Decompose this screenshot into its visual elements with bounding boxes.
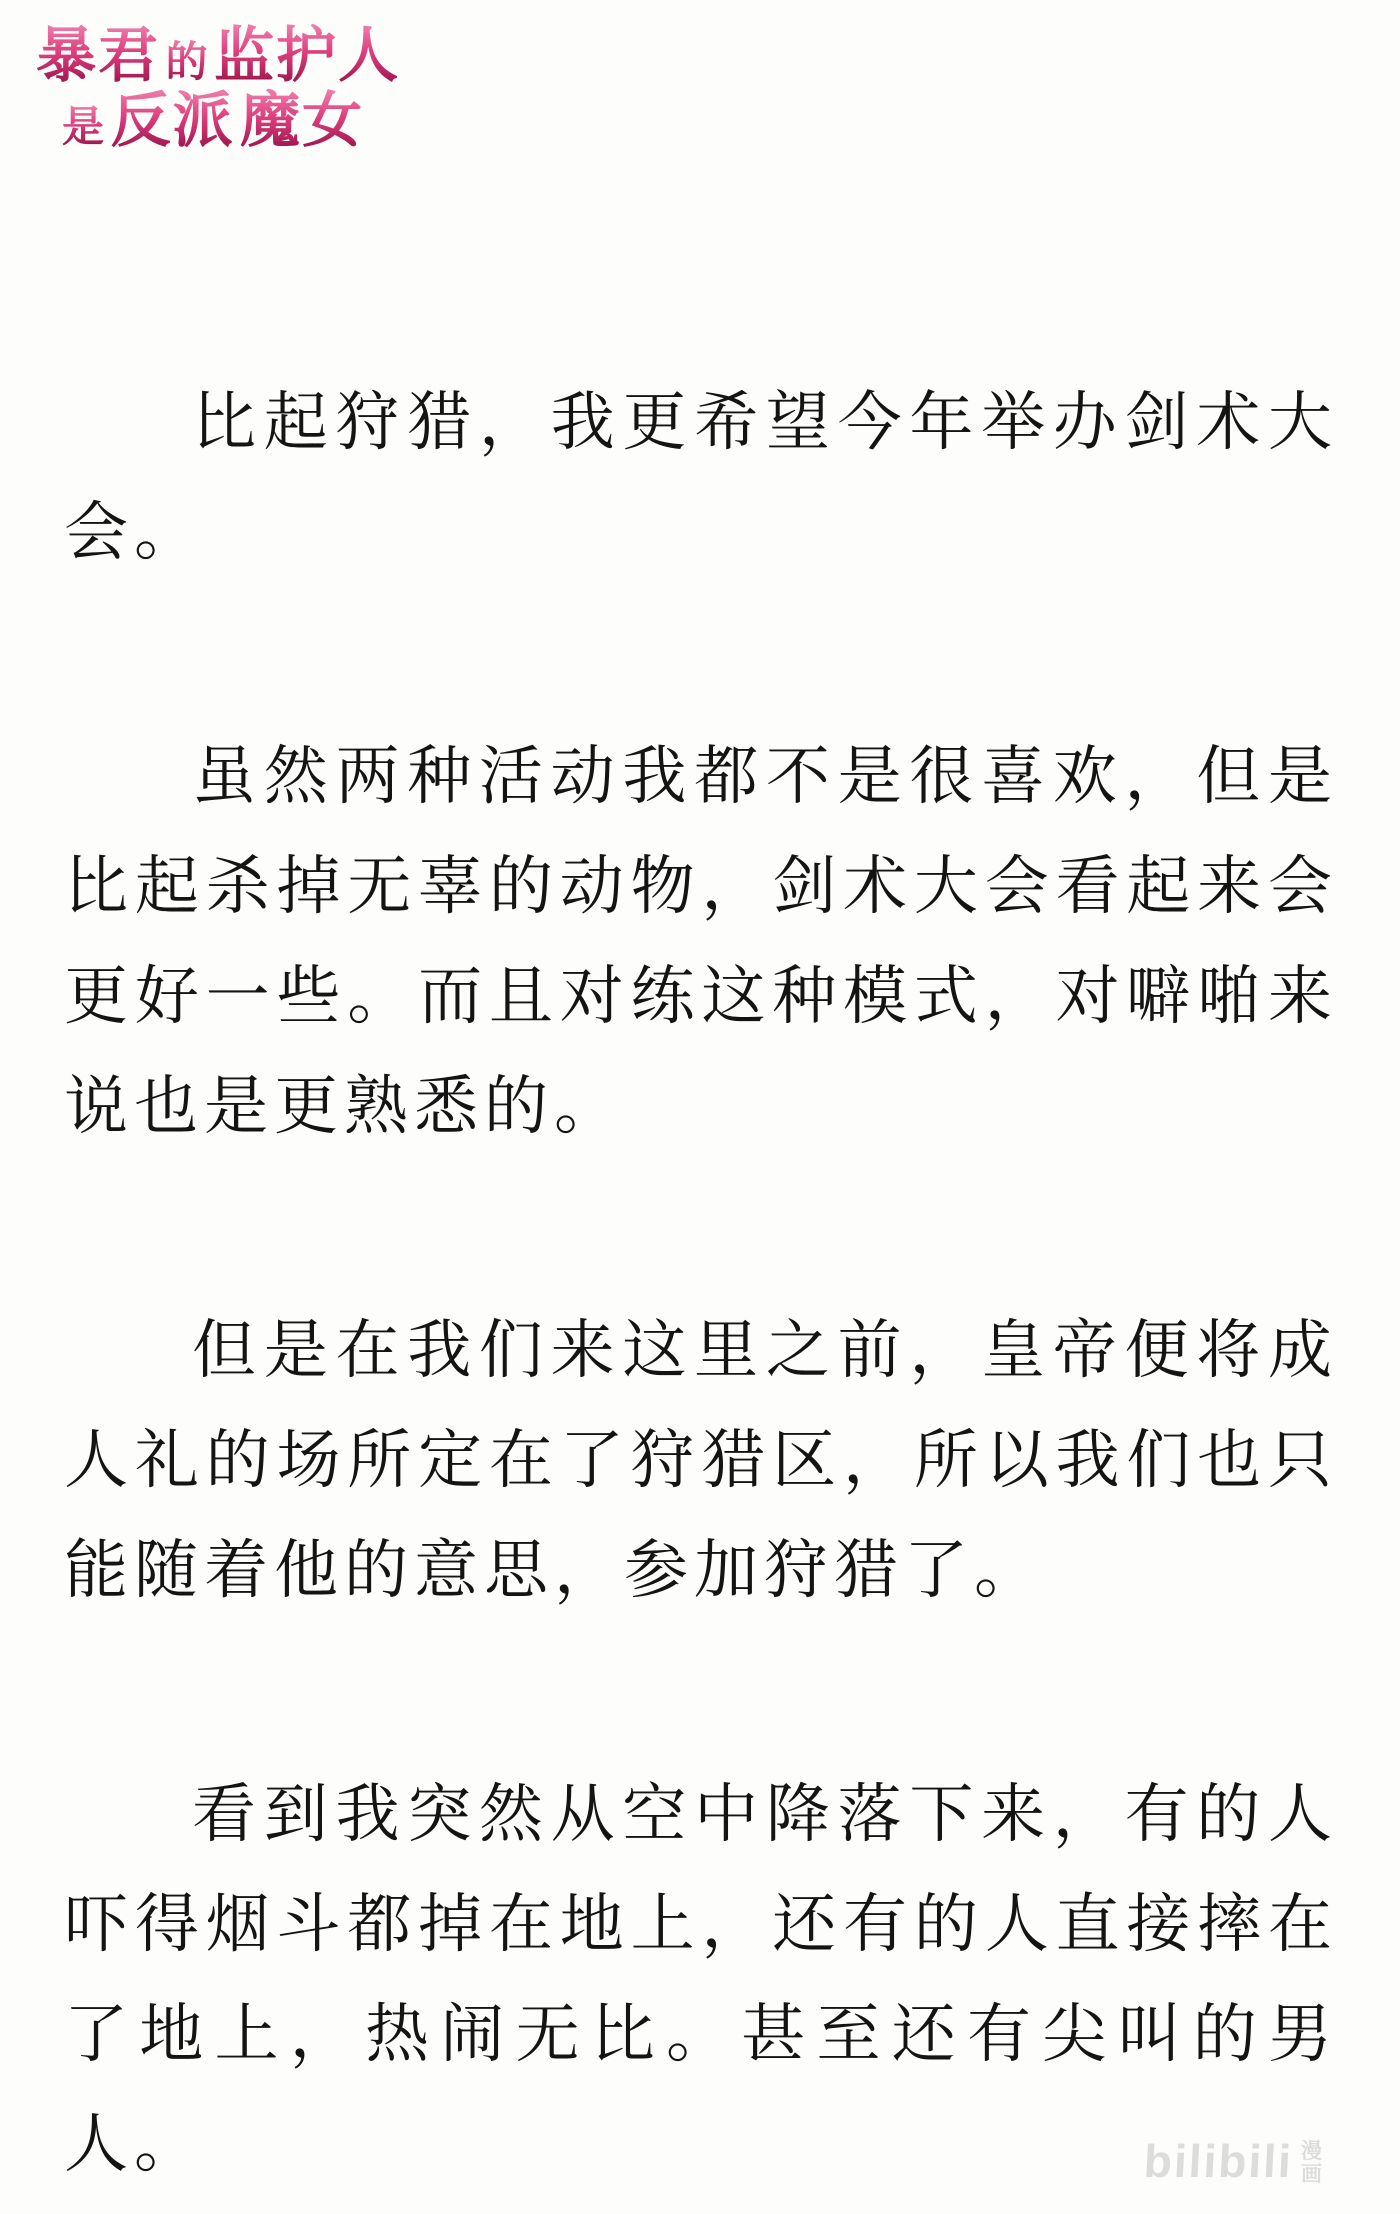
- story-paragraph: 比起狩猎，我更希望今年举办剑术大会。: [64, 367, 1338, 587]
- watermark-manhua-label: 漫 画: [1301, 2140, 1322, 2186]
- series-title-line1-part3: 监护人: [214, 21, 400, 91]
- series-title-line2-part2: 反派: [111, 86, 235, 156]
- series-title-logo: 暴君 的 监护人 是 反派 魔女: [36, 26, 400, 152]
- bilibili-watermark: bilibili 漫 画: [1144, 2138, 1322, 2186]
- series-title-line2-part1: 是: [62, 102, 105, 151]
- story-paragraph: 看到我突然从空中降落下来，有的人吓得烟斗都掉在地上，还有的人直接摔在了地上，热闹…: [64, 1759, 1338, 2199]
- bilibili-logo-text: bilibili: [1143, 2138, 1294, 2184]
- series-title-line2-part3: 魔女: [240, 86, 364, 156]
- series-title-line2: 是 反派 魔女: [36, 91, 400, 152]
- series-title-line1-part2: 的: [166, 37, 209, 86]
- comic-text-page: 暴君 的 监护人 是 反派 魔女 比起狩猎，我更希望今年举办剑术大会。 虽然两种…: [0, 0, 1400, 2214]
- series-title-line1-part1: 暴君: [36, 21, 160, 91]
- watermark-manhua-char1: 漫: [1301, 2140, 1322, 2163]
- story-paragraph: 虽然两种活动我都不是很喜欢，但是比起杀掉无辜的动物，剑术大会看起来会更好一些。而…: [64, 721, 1338, 1161]
- watermark-manhua-char2: 画: [1301, 2163, 1322, 2186]
- story-paragraph: 但是在我们来这里之前，皇帝便将成人礼的场所定在了狩猎区，所以我们也只能随着他的意…: [64, 1295, 1338, 1625]
- series-title-line1: 暴君 的 监护人: [36, 26, 400, 87]
- story-text-block: 比起狩猎，我更希望今年举办剑术大会。 虽然两种活动我都不是很喜欢，但是比起杀掉无…: [64, 367, 1338, 2199]
